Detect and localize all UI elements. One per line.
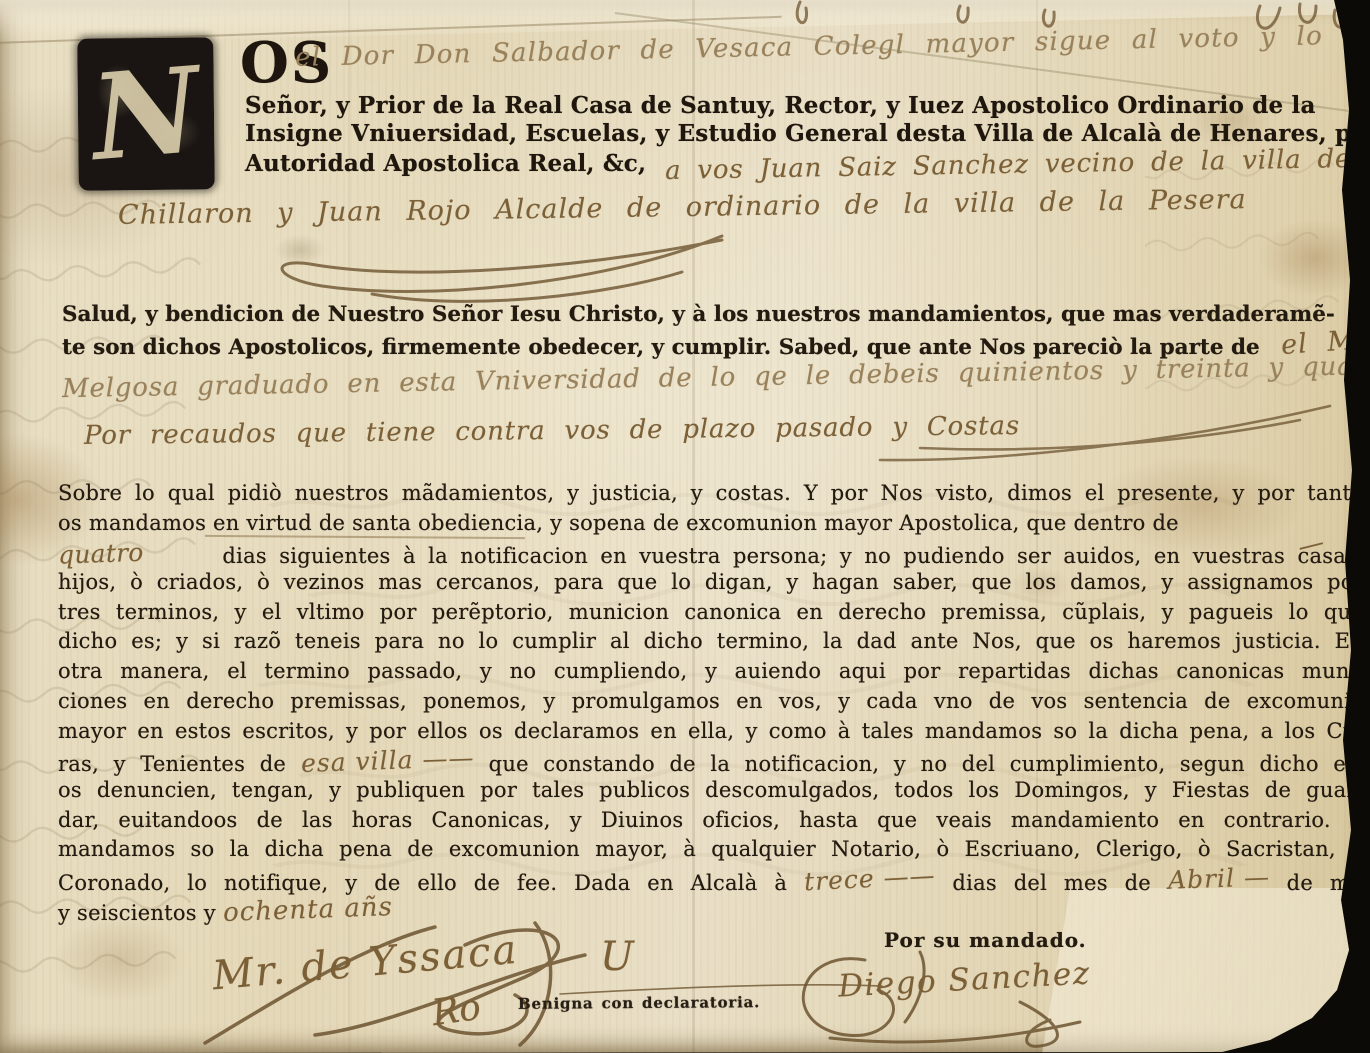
manuscript-month: Abril — bbox=[1167, 862, 1270, 895]
printed-header-line-2: Insigne Vniuersidad, Escuelas, y Estudio… bbox=[245, 120, 1370, 147]
body-line-text: dias siguientes à la notificacion en vue… bbox=[222, 544, 1364, 568]
manuscript-term-days: quatro bbox=[58, 536, 211, 570]
body-line: os denuncien, tengan, y publiquen por ta… bbox=[58, 778, 1364, 808]
notary-mark: U bbox=[600, 934, 634, 980]
body-line-text: dias del mes de bbox=[952, 871, 1151, 895]
body-line: hijos, ò criados, ò vezinos mas cercanos… bbox=[58, 570, 1364, 600]
printed-header-line-3: Autoridad Apostolica Real, &c, bbox=[245, 150, 646, 177]
body-line: otra manera, el termino passado, y no cu… bbox=[58, 659, 1364, 689]
body-line-text: de mil bbox=[1287, 871, 1364, 895]
body-line-text: ras, y Tenientes de bbox=[58, 752, 286, 776]
costas-flourish bbox=[860, 400, 1340, 470]
printed-stamp-note: Benigna con declaratoria. bbox=[518, 993, 760, 1013]
drop-cap-letter: N bbox=[88, 51, 205, 177]
woodcut-initial-block: N bbox=[77, 37, 215, 190]
body-line-text: que constando de la notificacion, y no d… bbox=[489, 752, 1364, 776]
body-paragraph: Sobre lo qual pidiò nuestros mãdamientos… bbox=[58, 481, 1364, 926]
document-scan: N OS el Dor Don Salbador de Vesaca Coleg… bbox=[0, 0, 1370, 1053]
body-line-with-insert: quatro dias siguientes à la notificacion… bbox=[58, 540, 1364, 570]
body-line-with-insert: Coronado, lo notifique, y de ello de fee… bbox=[58, 867, 1364, 897]
body-line-with-insert: ras, y Tenientes de esa villa —— que con… bbox=[58, 748, 1364, 778]
manuscript-parish: esa villa —— bbox=[300, 743, 474, 778]
body-line: mayor en estos escritos, y por ellos os … bbox=[58, 719, 1364, 749]
body-line: ciones en derecho premissas, ponemos, y … bbox=[58, 689, 1364, 719]
body-line: Sobre lo qual pidiò nuestros mãdamientos… bbox=[58, 481, 1364, 511]
body-line: dicho es; y si razõ teneis para no lo cu… bbox=[58, 629, 1364, 659]
manuscript-day: trece —— bbox=[803, 861, 936, 897]
paper-sheet: N OS el Dor Don Salbador de Vesaca Coleg… bbox=[0, 0, 1370, 1053]
body-line: tres terminos, y el vltimo por perẽptori… bbox=[58, 600, 1364, 630]
printed-header-line-3-row: Autoridad Apostolica Real, &c, a vos Jua… bbox=[245, 148, 1351, 178]
printed-header-line-1: Señor, y Prior de la Real Casa de Santuy… bbox=[245, 92, 1316, 119]
body-line: dar, euitandoos de las horas Canonicas, … bbox=[58, 808, 1364, 838]
signature-left-rubric: Ro bbox=[429, 987, 483, 1034]
body-line: mandamos so la dicha pena de excomunion … bbox=[58, 837, 1364, 867]
salutation-line-1: Salud, y bendicion de Nuestro Señor Iesu… bbox=[62, 302, 1335, 327]
body-line: os mandamos en virtud de santa obedienci… bbox=[58, 511, 1364, 541]
body-line-text: Coronado, lo notifique, y de ello de fee… bbox=[58, 871, 787, 895]
